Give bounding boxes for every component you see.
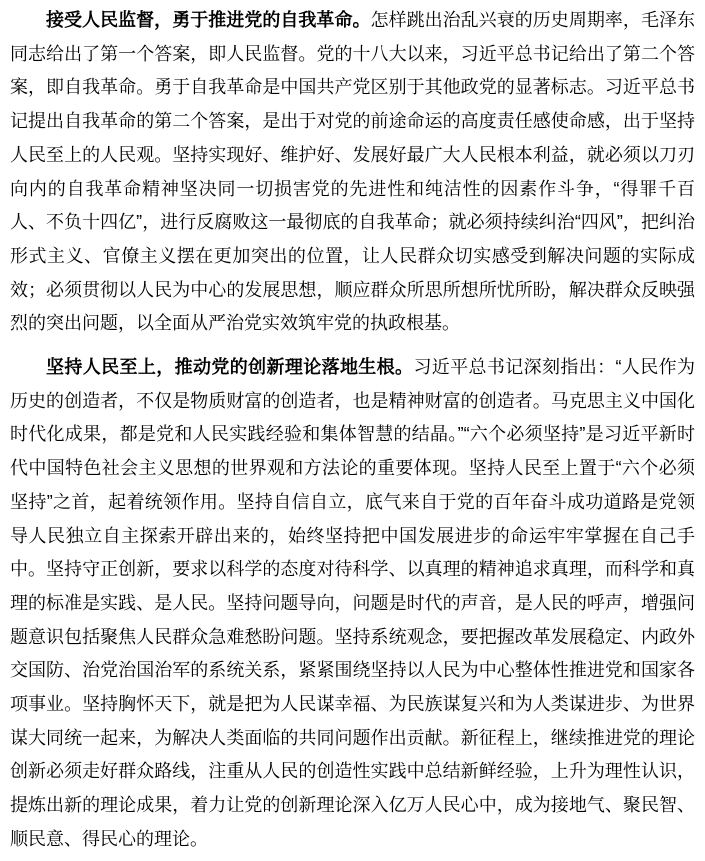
paragraph-people-first: 坚持人民至上，推动党的创新理论落地生根。习近平总书记深刻指出：“人民作为历史的创… bbox=[10, 351, 695, 857]
paragraph-body-text: 怎样跳出治乱兴衰的历史周期率，毛泽东同志给出了第一个答案，即人民监督。党的十八大… bbox=[10, 10, 695, 333]
paragraph-self-revolution: 接受人民监督，勇于推进党的自我革命。怎样跳出治乱兴衰的历史周期率，毛泽东同志给出… bbox=[10, 4, 695, 341]
paragraph-body-text: 习近平总书记深刻指出：“人民作为历史的创造者，不仅是物质财富的创造者，也是精神财… bbox=[10, 357, 695, 849]
paragraph-lead-sentence: 坚持人民至上，推动党的创新理论落地生根。 bbox=[46, 357, 413, 377]
paragraph-lead-sentence: 接受人民监督，勇于推进党的自我革命。 bbox=[46, 10, 371, 30]
document-page: 接受人民监督，勇于推进党的自我革命。怎样跳出治乱兴衰的历史周期率，毛泽东同志给出… bbox=[0, 0, 705, 861]
